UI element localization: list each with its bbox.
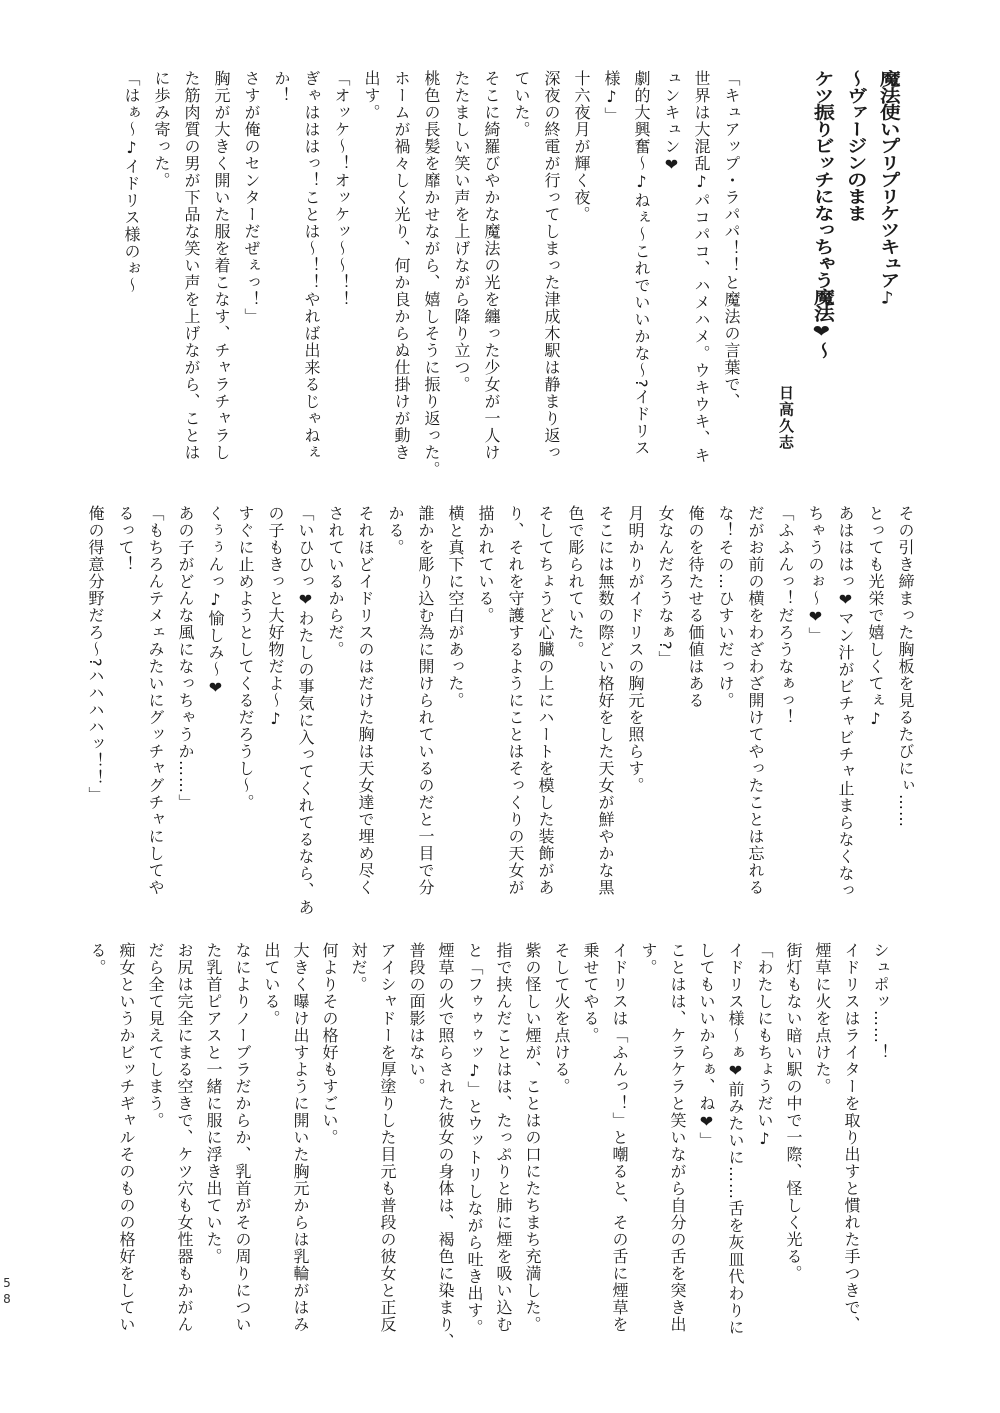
text-column: そしてちょうど心臓の上にハートを模した装飾があ (530, 505, 560, 911)
text-column: 描かれている。 (470, 505, 500, 911)
text-column: 世界は大混乱♪パコパコ、ハメハメ。ウキウキ、キ (686, 70, 716, 482)
text-column: たたましい笑い声を上げながら降り立つ。 (446, 70, 476, 482)
text-column: 俺の得意分野だろ～?ハハハハッ！！」 (80, 505, 110, 911)
text-column: 痴女というかビッチギャルそのものの格好をしてい (112, 942, 141, 1348)
text-column: 普段の面影はない。 (402, 942, 431, 1348)
text-column: されているからだ。 (320, 505, 350, 911)
text-column: 「オッケ～！オッケッ～～！！ (326, 70, 356, 482)
text-column: 何よりその格好もすごい。 (315, 942, 344, 1348)
page: 魔法使いプリプリケツキュア♪ ～ヴァージンのまま ケツ振りビッチになっちゃう魔法… (0, 0, 1000, 1413)
text-column: 対だ。 (344, 942, 373, 1348)
text-column: そして火を点ける。 (547, 942, 576, 1348)
text-column: お尻は完全にまる空きで、ケツ穴も女性器もかがん (170, 942, 199, 1348)
text-column: 乗せてやる。 (576, 942, 605, 1348)
text-column: 月明かりがイドリスの胸元を照らす。 (620, 505, 650, 911)
text-column: 俺のを待たせる価値はある (680, 505, 710, 911)
text-column: イドリスは「ふんっ！」と嘲ると、その舌に煙草を (605, 942, 634, 1348)
text-band-middle: その引き締まった胸板を見るたびにぃ……とっても光栄で嬉しくてぇ♪あはははっ❤マン… (80, 505, 920, 911)
text-column: イドリス様～ぁ❤前みたいに……舌を灰皿代わりに (721, 942, 750, 1348)
text-column: すぐに止めようとしてくるだろうし～。 (230, 505, 260, 911)
text-column: ちゃうのぉ～❤」 (800, 505, 830, 911)
text-column: の子もきっと大好物だよ～♪ (260, 505, 290, 911)
text-column: 誰かを彫り込む為に開けられているのだと一目で分 (410, 505, 440, 911)
story-title-line-2: ～ヴァージンのまま (837, 70, 870, 482)
text-band-top: 魔法使いプリプリケツキュア♪ ～ヴァージンのまま ケツ振りビッチになっちゃう魔法… (116, 70, 903, 482)
text-column: なによりノーブラだからか、乳首がその周りについ (228, 942, 257, 1348)
text-column: その引き締まった胸板を見るたびにぃ…… (890, 505, 920, 911)
text-column: ていた。 (506, 70, 536, 482)
text-column: そこに綺羅びやかな魔法の光を纏った少女が一人け (476, 70, 506, 482)
text-column: 「ふふんっ！だろうなぁっ！ (770, 505, 800, 911)
text-column: な！その…ひすいだっけ。 (710, 505, 740, 911)
text-column: それほどイドリスのはだけた胸は天女達で埋め尽く (350, 505, 380, 911)
author-name: 日高久志 (774, 70, 798, 482)
text-column: かる。 (380, 505, 410, 911)
text-column: シュポッ……！ (866, 942, 895, 1348)
page-number: 58 (0, 1276, 14, 1308)
text-column: す。 (634, 942, 663, 1348)
text-column: 街灯もない暗い駅の中で一際、怪しく光る。 (779, 942, 808, 1348)
text-column: 出す。 (356, 70, 386, 482)
text-column: 煙草の火で照らされた彼女の身体は、褐色に染まり、 (431, 942, 460, 1348)
text-column: り、それを守護するようにことはそっくりの天女が (500, 505, 530, 911)
text-column: 出ている。 (257, 942, 286, 1348)
text-column: 紫の怪しい煙が、ことはの口にたちまち充満した。 (518, 942, 547, 1348)
text-column: る。 (83, 942, 112, 1348)
text-column: ことはは、ケラケラと笑いながら自分の舌を突き出 (663, 942, 692, 1348)
text-column: た乳首ピアスと一緒に服に浮き出ていた。 (199, 942, 228, 1348)
story-title-line-1: 魔法使いプリプリケツキュア♪ (870, 70, 903, 482)
text-column: 指で挟んだことはは、たっぷりと肺に煙を吸い込む (489, 942, 518, 1348)
text-column: 様♪」 (596, 70, 626, 482)
text-column: 煙草に火を点けた。 (808, 942, 837, 1348)
text-column: さすが俺のセンターだぜぇっ！」 (236, 70, 266, 482)
text-column: イドリスはライターを取り出すと慣れた手つきで、 (837, 942, 866, 1348)
text-column: してもいいからぁ、ね❤」 (692, 942, 721, 1348)
text-column: あはははっ❤マン汁がビチャビチャ止まらなくなっ (830, 505, 860, 911)
text-column: 「もちろんテメェみたいにグッチャグチャにしてや (140, 505, 170, 911)
text-column: 「わたしにもちょうだい♪ (750, 942, 779, 1348)
story-title-line-3: ケツ振りビッチになっちゃう魔法❤～ (804, 70, 837, 482)
text-column: 胸元が大きく開いた服を着こなす、チャラチャラし (206, 70, 236, 482)
text-column: か！ (266, 70, 296, 482)
text-column: ホームが禍々しく光り、何か良からぬ仕掛けが動き (386, 70, 416, 482)
text-column: 「キュアップ・ラパパ！！と魔法の言葉で、 (716, 70, 746, 482)
text-column: 深夜の終電が行ってしまった津成木駅は静まり返っ (536, 70, 566, 482)
text-column: 「はぁ～♪イドリス様のぉ～ (116, 70, 146, 482)
text-column: るって！ (110, 505, 140, 911)
text-column: 「いひひっ❤わたしの事気に入ってくれてるなら、あ (290, 505, 320, 911)
text-column: くぅぅんっ♪愉しみ～❤ (200, 505, 230, 911)
text-column: ュンキュン❤ (656, 70, 686, 482)
text-column: あの子がどんな風になっちゃうか……」 (170, 505, 200, 911)
text-band-bottom: シュポッ……！イドリスはライターを取り出すと慣れた手つきで、煙草に火を点けた。街… (83, 942, 895, 1348)
text-column: そこには無数の際どい格好をした天女が鮮やかな黒 (590, 505, 620, 911)
text-column: 劇的大興奮～♪ねぇ～これでいいかな～?イドリス (626, 70, 656, 482)
text-column: 女なんだろうなぁ?」 (650, 505, 680, 911)
story-title: 魔法使いプリプリケツキュア♪ ～ヴァージンのまま ケツ振りビッチになっちゃう魔法… (804, 70, 903, 482)
text-column: に歩み寄った。 (146, 70, 176, 482)
text-column: だら全て見えてしまう。 (141, 942, 170, 1348)
text-column: 色で彫られていた。 (560, 505, 590, 911)
text-column: 横と真下に空白があった。 (440, 505, 470, 911)
text-column: た筋肉質の男が下品な笑い声を上げながら、ことは (176, 70, 206, 482)
text-column: と「フゥゥゥッ♪」とウットリしながら吐き出す。 (460, 942, 489, 1348)
text-column: アイシャドーを厚塗りした目元も普段の彼女と正反 (373, 942, 402, 1348)
text-column: 十六夜月が輝く夜。 (566, 70, 596, 482)
text-column: だがお前の横をわざわざ開けてやったことは忘れる (740, 505, 770, 911)
text-column: とっても光栄で嬉しくてぇ♪ (860, 505, 890, 911)
text-column: ぎゃはははっ！ことは～！！やれば出来るじゃねぇ (296, 70, 326, 482)
text-column: 大きく曝け出すように開いた胸元からは乳輪がはみ (286, 942, 315, 1348)
text-column: 桃色の長髪を靡かせながら、嬉しそうに振り返った。 (416, 70, 446, 482)
